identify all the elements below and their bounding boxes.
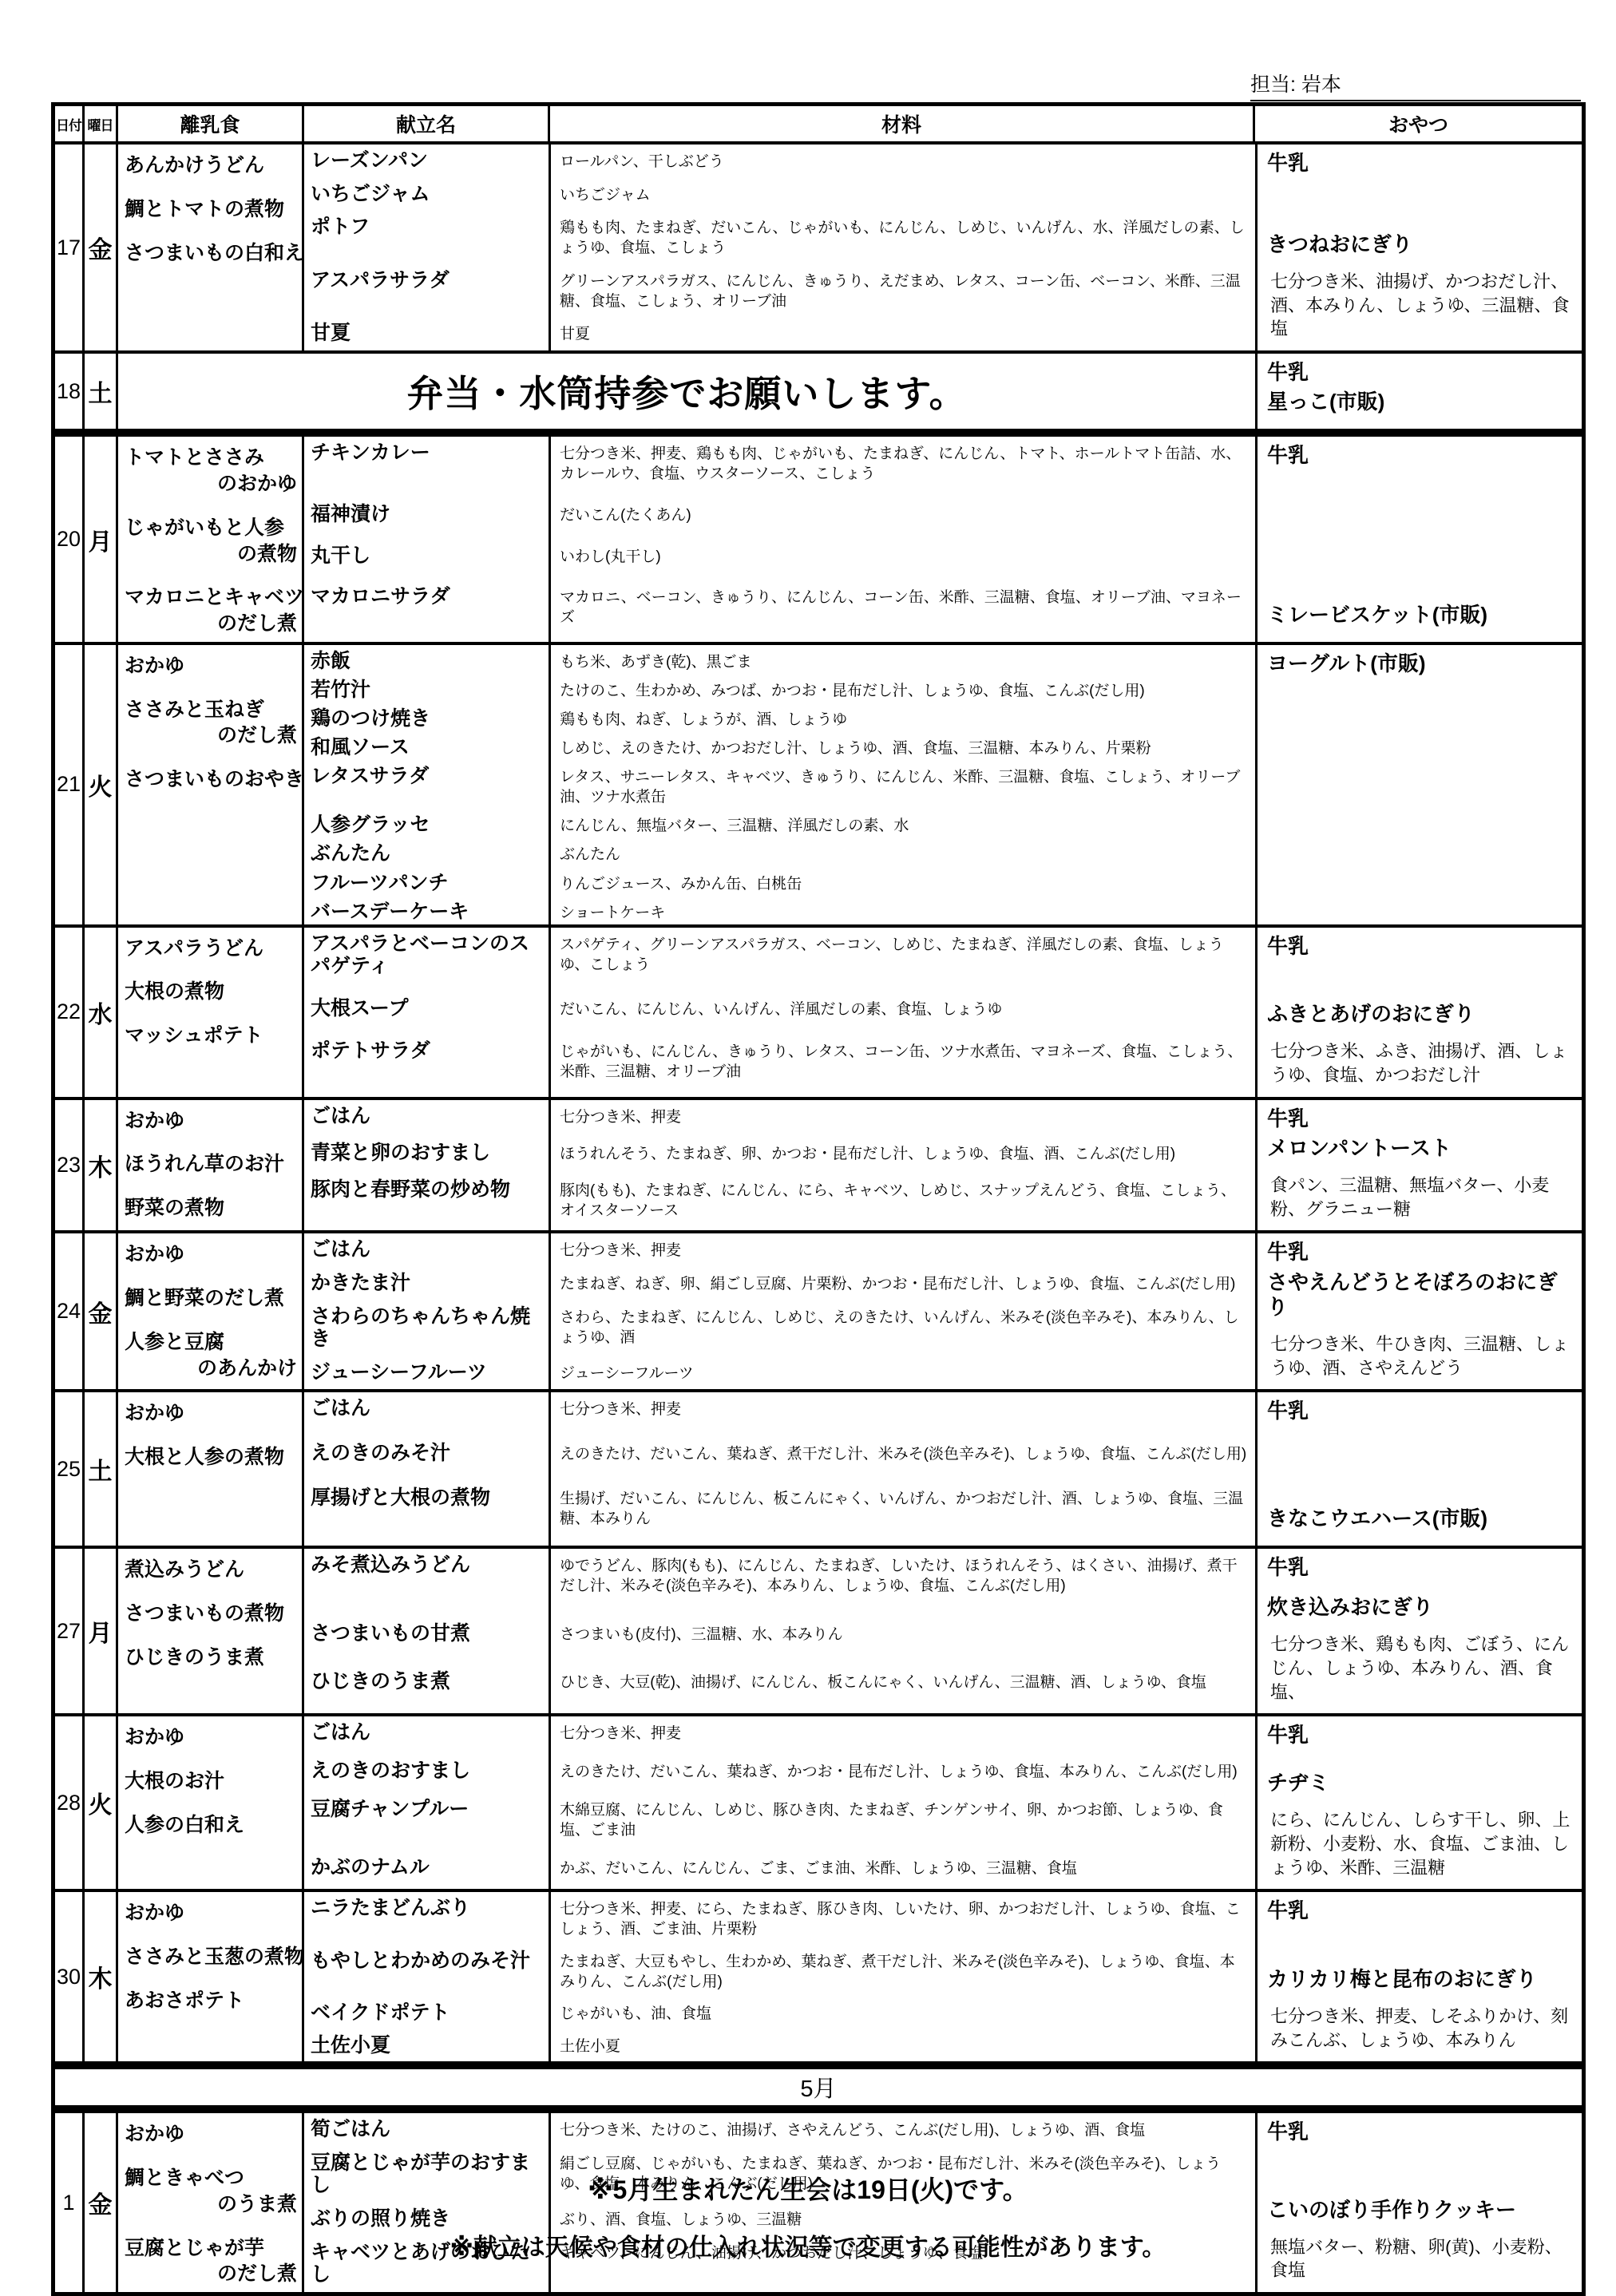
weekday-cell: 火: [85, 645, 118, 924]
snack-item-name: ふきとあげのおにぎり: [1267, 1002, 1574, 1027]
dish-ingredients: りんごジュース、みかん缶、白桃缶: [550, 867, 1255, 896]
date-cell: 27: [55, 1549, 85, 1713]
baby-food-cell: おかゆほうれん草のお汁野菜の煮物: [118, 1100, 304, 1231]
column-divider-line: [549, 1716, 551, 1889]
snack-item-name: 牛乳: [1267, 1399, 1574, 1423]
weekday-cell: 金: [85, 1233, 118, 1389]
snack-cell: 牛乳チヂミにら、にんじん、しらす干し、卵、上新粉、小麦粉、水、食塩、ごま油、しょ…: [1255, 1716, 1582, 1889]
weekday-cell: 土: [85, 1392, 118, 1546]
menu-row-28: 28火おかゆ大根のお汁人参の白和えごはん七分つき米、押麦えのきのおすましえのきた…: [55, 1716, 1582, 1892]
column-divider-line: [549, 1392, 551, 1546]
baby-food-line: ほうれん草のお汁: [125, 1153, 297, 1176]
date-cell: 28: [55, 1716, 85, 1889]
dish-name: ごはん: [304, 1716, 550, 1755]
dish-ingredients: 七分つき米、押麦: [550, 1392, 1255, 1437]
snack-ingredients: 七分つき米、押麦、しそふりかけ、刻みこんぶ、しょうゆ、本みりん: [1267, 2005, 1574, 2052]
date-cell: 24: [55, 1233, 85, 1389]
baby-food-line: 野菜の煮物: [125, 1197, 297, 1220]
note-menu-change: ※献立は天候や食材の仕入れ状況等で変更する可能性があります。: [0, 2227, 1616, 2262]
baby-food-line: の煮物: [125, 543, 297, 566]
dish-ingredients: 木綿豆腐、にんじん、しめじ、豚ひき肉、たまねぎ、チンゲンサイ、卵、かつお節、しょ…: [550, 1793, 1255, 1851]
baby-food-line: 人参と豆腐: [125, 1331, 297, 1354]
dish-name: ニラたまどんぶり: [304, 1892, 550, 1945]
snack-item-name: 牛乳: [1267, 151, 1574, 176]
weekday-cell: 月: [85, 1549, 118, 1713]
dish-ingredients: 豚肉(もも)、たまねぎ、にんじん、にら、キャベツ、しめじ、スナップえんどう、食塩…: [550, 1174, 1255, 1230]
baby-food-cell: おかゆ鯛と野菜のだし煮人参と豆腐のあんかけ: [118, 1233, 304, 1389]
baby-food-cell: 煮込みうどんさつまいもの煮物ひじきのうま煮: [118, 1549, 304, 1713]
dish-name: もやしとわかめのみそ汁: [304, 1945, 550, 1997]
baby-food-cell: アスパラうどん大根の煮物マッシュポテト: [118, 928, 304, 1097]
baby-food-cell: トマトとささみのおかゆじゃがいもと人参の煮物マカロニとキャベツのだし煮: [118, 437, 304, 642]
snack-item-name: 牛乳: [1267, 1106, 1574, 1131]
baby-food-cell: おかゆささみと玉ねぎのだし煮さつまいものおやき: [118, 645, 304, 924]
dish-ingredients: 七分つき米、押麦: [550, 1716, 1255, 1755]
column-header-menu-name: 献立名: [304, 106, 550, 141]
dish-name: アスパラサラダ: [304, 264, 550, 318]
menu-row-21: 21火おかゆささみと玉ねぎのだし煮さつまいものおやき赤飯もち米、あずき(乾)、黒…: [55, 645, 1582, 928]
dish-ingredients: しめじ、えのきたけ、かつおだし汁、しょうゆ、酒、食塩、三温糖、本みりん、片栗粉: [550, 731, 1255, 760]
menu-row-24: 24金おかゆ鯛と野菜のだし煮人参と豆腐のあんかけごはん七分つき米、押麦かきたま汁…: [55, 1233, 1582, 1392]
dish-ingredients: だいこん(たくあん): [550, 498, 1255, 540]
snack-item-name: ヨーグルト(市販): [1267, 651, 1574, 676]
dish-name: レーズンパン: [304, 144, 550, 178]
column-divider-line: [549, 1549, 551, 1713]
baby-food-cell: おかゆささみと玉葱の煮物あおさポテト: [118, 1892, 304, 2061]
baby-food-line: 鯛と野菜のだし煮: [125, 1287, 297, 1310]
menu-row-23: 23木おかゆほうれん草のお汁野菜の煮物ごはん七分つき米、押麦青菜と卵のおすましほ…: [55, 1100, 1582, 1234]
menu-row-20: 20月トマトとささみのおかゆじゃがいもと人参の煮物マカロニとキャベツのだし煮チキ…: [55, 437, 1582, 645]
dish-ingredients: ほうれんそう、たまねぎ、卵、かつお・昆布だし汁、しょうゆ、食塩、酒、こんぶ(だし…: [550, 1137, 1255, 1174]
menu-table: 日付 曜日 離乳食 献立名 材料 おやつ 17金あんかけうどん鯛とトマトの煮物さ…: [51, 102, 1586, 2296]
dish-name: ごはん: [304, 1100, 550, 1137]
dish-name: ポトフ: [304, 211, 550, 264]
dish-name: かきたま汁: [304, 1267, 550, 1300]
snack-cell: 牛乳カリカリ梅と昆布のおにぎり七分つき米、押麦、しそふりかけ、刻みこんぶ、しょう…: [1255, 1892, 1582, 2061]
column-divider-line: [549, 1233, 551, 1389]
dish-ingredients: 七分つき米、たけのこ、油揚げ、さやえんどう、こんぶ(だし用)、しょうゆ、酒、食塩: [550, 2113, 1255, 2147]
menu-row-17: 17金あんかけうどん鯛とトマトの煮物さつまいもの白和えレーズンパンロールパン、干…: [55, 144, 1582, 354]
baby-food-line: のだし煮: [125, 612, 297, 635]
snack-item-name: ミレービスケット(市販): [1267, 603, 1574, 627]
date-cell: 22: [55, 928, 85, 1097]
baby-food-line: のだし煮: [125, 2262, 297, 2286]
dish-ingredients: マカロニ、ベーコン、きゅうり、にんじん、コーン缶、米酢、三温糖、食塩、オリーブ油…: [550, 580, 1255, 642]
baby-food-line: ひじきのうま煮: [125, 1646, 297, 1669]
snack-ingredients: 七分つき米、鶏もも肉、ごぼう、にんじん、しょうゆ、本みりん、酒、食塩、: [1267, 1633, 1574, 1704]
dish-name: いちごジャム: [304, 178, 550, 212]
dish-name: みそ煮込みうどん: [304, 1549, 550, 1617]
dish-ingredients: スパゲティ、グリーンアスパラガス、ベーコン、しめじ、たまねぎ、洋風だしの素、食塩…: [550, 928, 1255, 992]
date-cell: 17: [55, 144, 85, 350]
column-divider-line: [549, 144, 551, 350]
baby-food-line: のあんかけ: [125, 1357, 297, 1380]
dish-name: 和風ソース: [304, 731, 550, 760]
snack-ingredients: にら、にんじん、しらす干し、卵、上新粉、小麦粉、水、食塩、ごま油、しょうゆ、米酢…: [1267, 1808, 1574, 1879]
baby-food-line: マカロニとキャベツ: [125, 586, 297, 609]
footer-notes: ※5月生まれたん生会は19日(火)です。 ※献立は天候や食材の仕入れ状況等で変更…: [0, 2170, 1616, 2262]
dish-name: えのきのおすまし: [304, 1755, 550, 1793]
menu-row-25: 25土おかゆ大根と人参の煮物ごはん七分つき米、押麦えのきのみそ汁えのきたけ、だい…: [55, 1392, 1582, 1549]
menu-row-27: 27月煮込みうどんさつまいもの煮物ひじきのうま煮みそ煮込みうどんゆでうどん、豚肉…: [55, 1549, 1582, 1716]
baby-food-line: 人参の白和え: [125, 1814, 297, 1837]
dish-ingredients: もち米、あずき(乾)、黒ごま: [550, 645, 1255, 674]
dish-ingredients: 鶏もも肉、たまねぎ、だいこん、じゃがいも、にんじん、しめじ、いんげん、水、洋風だ…: [550, 211, 1255, 264]
dish-ingredients: 七分つき米、押麦: [550, 1100, 1255, 1137]
snack-item-name: 牛乳: [1267, 443, 1574, 468]
dish-ingredients: だいこん、にんじん、いんげん、洋風だしの素、食塩、しょうゆ: [550, 992, 1255, 1035]
snack-item-name: 牛乳: [1267, 1240, 1574, 1265]
menu-row-18: 18土弁当・水筒持参でお願いします。牛乳星っこ(市販): [55, 354, 1582, 437]
baby-food-line: さつまいもの白和え: [125, 242, 297, 265]
snack-item-name: 星っこ(市販): [1267, 390, 1574, 414]
date-cell: 25: [55, 1392, 85, 1546]
dish-name: ごはん: [304, 1392, 550, 1437]
dish-name: 豚肉と春野菜の炒め物: [304, 1174, 550, 1230]
column-header-weekday: 曜日: [85, 106, 118, 141]
dish-name: ごはん: [304, 1233, 550, 1267]
dish-name: 若竹汁: [304, 674, 550, 703]
snack-cell: 牛乳炊き込みおにぎり七分つき米、鶏もも肉、ごぼう、にんじん、しょうゆ、本みりん、…: [1255, 1549, 1582, 1713]
dish-ingredients: ジューシーフルーツ: [550, 1356, 1255, 1390]
dish-name: ぶんたん: [304, 837, 550, 866]
dish-name: 丸干し: [304, 540, 550, 581]
weekday-cell: 月: [85, 437, 118, 642]
dish-name: さわらのちゃんちゃん焼き: [304, 1300, 550, 1356]
dish-ingredients: 土佐小夏: [550, 2029, 1255, 2061]
snack-item-name: 牛乳: [1267, 1898, 1574, 1923]
menu-row-22: 22水アスパラうどん大根の煮物マッシュポテトアスパラとベーコンのスパゲティスパゲ…: [55, 928, 1582, 1100]
baby-food-line: あおさポテト: [125, 1989, 297, 2013]
dish-name: 青菜と卵のおすまし: [304, 1137, 550, 1174]
baby-food-line: さつまいもの煮物: [125, 1602, 297, 1625]
dish-ingredients: 七分つき米、押麦、鶏もも肉、じゃがいも、たまねぎ、にんじん、トマト、ホールトマト…: [550, 437, 1255, 498]
dish-name: ベイクドポテト: [304, 1997, 550, 2029]
weekday-cell: 水: [85, 928, 118, 1097]
snack-item-name: メロンパントースト: [1267, 1136, 1574, 1161]
baby-food-line: 大根のお汁: [125, 1770, 297, 1793]
dish-name: 豆腐チャンプルー: [304, 1793, 550, 1851]
snack-item-name: きつねおにぎり: [1267, 232, 1574, 257]
baby-food-line: トマトとささみ: [125, 446, 297, 469]
dish-ingredients: いちごジャム: [550, 178, 1255, 212]
baby-food-cell: あんかけうどん鯛とトマトの煮物さつまいもの白和え: [118, 144, 304, 350]
snack-item-name: チヂミ: [1267, 1771, 1574, 1795]
snack-cell: 牛乳きつねおにぎり七分つき米、油揚げ、かつおだし汁、酒、本みりん、しょうゆ、三温…: [1255, 144, 1582, 350]
column-divider-line: [549, 437, 551, 642]
dish-ingredients: かぶ、だいこん、にんじん、ごま、ごま油、米酢、しょうゆ、三温糖、食塩: [550, 1851, 1255, 1890]
weekday-cell: 土: [85, 354, 118, 429]
table-header: 日付 曜日 離乳食 献立名 材料 おやつ: [55, 106, 1582, 144]
snack-cell: 牛乳メロンパントースト食パン、三温糖、無塩バター、小麦粉、グラニュー糖: [1255, 1100, 1582, 1231]
snack-item-name: 牛乳: [1267, 1723, 1574, 1748]
column-header-snack: おやつ: [1255, 106, 1582, 141]
dish-name: えのきのみそ汁: [304, 1437, 550, 1482]
dish-ingredients: たまねぎ、ねぎ、卵、絹ごし豆腐、片栗粉、かつお・昆布だし汁、しょうゆ、食塩、こん…: [550, 1267, 1255, 1300]
dish-ingredients: 生揚げ、だいこん、にんじん、板こんにゃく、いんげん、かつおだし汁、酒、しょうゆ、…: [550, 1482, 1255, 1546]
menu-page: 担当: 岩本 日付 曜日 離乳食 献立名 材料 おやつ 17金あんかけうどん鯛と…: [0, 0, 1616, 2288]
month-divider: 5月: [55, 2069, 1582, 2105]
dish-ingredients: ショートケーキ: [550, 896, 1255, 924]
weekday-cell: 火: [85, 1716, 118, 1889]
snack-item-name: きなこウエハース(市販): [1267, 1506, 1574, 1531]
column-divider-line: [549, 1100, 551, 1231]
dish-name: 福神漬け: [304, 498, 550, 540]
dish-name: 赤飯: [304, 645, 550, 674]
dish-ingredients: レタス、サニーレタス、キャベツ、きゅうり、にんじん、米酢、三温糖、食塩、こしょう…: [550, 760, 1255, 809]
dish-ingredients: 鶏もも肉、ねぎ、しょうが、酒、しょうゆ: [550, 703, 1255, 731]
date-cell: 20: [55, 437, 85, 642]
dish-ingredients: さつまいも(皮付)、三温糖、水、本みりん: [550, 1617, 1255, 1665]
dish-ingredients: さわら、たまねぎ、にんじん、しめじ、えのきたけ、いんげん、米みそ(淡色辛みそ)、…: [550, 1300, 1255, 1356]
menu-row-30: 30木おかゆささみと玉葱の煮物あおさポテトニラたまどんぶり七分つき米、押麦、にら…: [55, 1892, 1582, 2069]
snack-item-name: さやえんどうとそぼろのおにぎり: [1267, 1270, 1574, 1320]
baby-food-line: ささみと玉葱の煮物: [125, 1946, 297, 1969]
baby-food-line: アスパラうどん: [125, 937, 297, 960]
dish-name: 筍ごはん: [304, 2113, 550, 2147]
dish-name: 土佐小夏: [304, 2029, 550, 2061]
baby-food-cell: おかゆ大根のお汁人参の白和え: [118, 1716, 304, 1889]
baby-food-line: おかゆ: [125, 1110, 297, 1133]
baby-food-line: じゃがいもと人参: [125, 517, 297, 540]
dish-ingredients: いわし(丸干し): [550, 540, 1255, 581]
dish-ingredients: 甘夏: [550, 317, 1255, 350]
dish-name: チキンカレー: [304, 437, 550, 498]
baby-food-cell: おかゆ大根と人参の煮物: [118, 1392, 304, 1546]
snack-cell: 牛乳きなこウエハース(市販): [1255, 1392, 1582, 1546]
baby-food-line: 煮込みうどん: [125, 1558, 297, 1581]
column-divider-line: [549, 645, 551, 924]
baby-food-line: のおかゆ: [125, 473, 297, 496]
baby-food-line: 大根と人参の煮物: [125, 1446, 297, 1469]
weekday-cell: 金: [85, 144, 118, 350]
snack-cell: ヨーグルト(市販): [1255, 645, 1582, 924]
snack-ingredients: 食パン、三温糖、無塩バター、小麦粉、グラニュー糖: [1267, 1174, 1574, 1221]
weekday-cell: 木: [85, 1892, 118, 2061]
dish-ingredients: たけのこ、生わかめ、みつば、かつお・昆布だし汁、しょうゆ、食塩、こんぶ(だし用): [550, 674, 1255, 703]
dish-name: フルーツパンチ: [304, 867, 550, 896]
dish-name: ポテトサラダ: [304, 1035, 550, 1097]
baby-food-line: おかゆ: [125, 1726, 297, 1749]
staff-label: 担当: 岩本: [1250, 69, 1581, 101]
dish-name: バースデーケーキ: [304, 896, 550, 924]
date-cell: 18: [55, 354, 85, 429]
snack-cell: 牛乳さやえんどうとそぼろのおにぎり七分つき米、牛ひき肉、三温糖、しょうゆ、酒、さ…: [1255, 1233, 1582, 1389]
snack-cell: 牛乳ふきとあげのおにぎり七分つき米、ふき、油揚げ、酒、しょうゆ、食塩、かつおだし…: [1255, 928, 1582, 1097]
column-divider-line: [549, 928, 551, 1097]
column-header-date: 日付: [55, 106, 85, 141]
baby-food-line: おかゆ: [125, 655, 297, 678]
dish-ingredients: じゃがいも、油、食塩: [550, 1997, 1255, 2029]
baby-food-line: おかゆ: [125, 2123, 297, 2146]
snack-item-name: カリカリ梅と昆布のおにぎり: [1267, 1967, 1574, 1992]
baby-food-line: おかゆ: [125, 1243, 297, 1266]
dish-name: 人参グラッセ: [304, 809, 550, 837]
dish-ingredients: 七分つき米、押麦: [550, 1233, 1255, 1267]
snack-item-name: 牛乳: [1267, 360, 1574, 385]
dish-ingredients: えのきたけ、だいこん、葉ねぎ、煮干だし汁、米みそ(淡色辛みそ)、しょうゆ、食塩、…: [550, 1437, 1255, 1482]
snack-cell: 牛乳星っこ(市販): [1255, 354, 1582, 429]
baby-food-line: おかゆ: [125, 1402, 297, 1425]
baby-food-line: おかゆ: [125, 1902, 297, 1925]
column-divider-line: [549, 1892, 551, 2061]
table-body: 17金あんかけうどん鯛とトマトの煮物さつまいもの白和えレーズンパンロールパン、干…: [55, 144, 1582, 2292]
snack-ingredients: 七分つき米、牛ひき肉、三温糖、しょうゆ、酒、さやえんどう: [1267, 1332, 1574, 1380]
snack-item-name: 牛乳: [1267, 934, 1574, 959]
baby-food-line: のだし煮: [125, 724, 297, 747]
dish-ingredients: ロールパン、干しぶどう: [550, 144, 1255, 178]
snack-item-name: 牛乳: [1267, 1555, 1574, 1580]
baby-food-line: あんかけうどん: [125, 154, 297, 177]
dish-name: 厚揚げと大根の煮物: [304, 1482, 550, 1546]
snack-item-name: 炊き込みおにぎり: [1267, 1595, 1574, 1620]
weekday-cell: 木: [85, 1100, 118, 1231]
dish-ingredients: ゆでうどん、豚肉(もも)、にんじん、たまねぎ、しいたけ、ほうれんそう、はくさい、…: [550, 1549, 1255, 1617]
column-header-baby-food: 離乳食: [118, 106, 304, 141]
baby-food-line: マッシュポテト: [125, 1024, 297, 1047]
baby-food-line: 大根の煮物: [125, 980, 297, 1004]
baby-food-line: 鯛とトマトの煮物: [125, 198, 297, 221]
dish-name: ジューシーフルーツ: [304, 1356, 550, 1390]
menu-row-5月: 5月: [55, 2069, 1582, 2113]
date-cell: 21: [55, 645, 85, 924]
date-cell: 23: [55, 1100, 85, 1231]
dish-ingredients: にんじん、無塩バター、三温糖、洋風だしの素、水: [550, 809, 1255, 837]
dish-name: アスパラとベーコンのスパゲティ: [304, 928, 550, 992]
baby-food-line: さつまいものおやき: [125, 768, 297, 791]
snack-item-name: 牛乳: [1267, 2120, 1574, 2144]
dish-name: さつまいもの甘煮: [304, 1617, 550, 1665]
dish-name: マカロニサラダ: [304, 580, 550, 642]
dish-ingredients: じゃがいも、にんじん、きゅうり、レタス、コーン缶、ツナ水煮缶、マヨネーズ、食塩、…: [550, 1035, 1255, 1097]
dish-name: 鶏のつけ焼き: [304, 703, 550, 731]
dish-name: 甘夏: [304, 317, 550, 350]
dish-ingredients: グリーンアスパラガス、にんじん、きゅうり、えだまめ、レタス、コーン缶、ベーコン、…: [550, 264, 1255, 318]
snack-ingredients: 七分つき米、油揚げ、かつおだし汁、酒、本みりん、しょうゆ、三温糖、食塩: [1267, 270, 1574, 341]
notice-message: 弁当・水筒持参でお願いします。: [118, 354, 1255, 429]
date-cell: 30: [55, 1892, 85, 2061]
dish-ingredients: ひじき、大豆(乾)、油揚げ、にんじん、板こんにゃく、いんげん、三温糖、酒、しょう…: [550, 1665, 1255, 1713]
column-header-ingredients: 材料: [550, 106, 1255, 141]
note-birthday-party: ※5月生まれたん生会は19日(火)です。: [0, 2170, 1616, 2207]
snack-ingredients: 七分つき米、ふき、油揚げ、酒、しょうゆ、食塩、かつおだし汁: [1267, 1039, 1574, 1087]
dish-ingredients: ぶんたん: [550, 837, 1255, 866]
dish-ingredients: 七分つき米、押麦、にら、たまねぎ、豚ひき肉、しいたけ、卵、かつおだし汁、しょうゆ…: [550, 1892, 1255, 1945]
baby-food-line: ささみと玉ねぎ: [125, 699, 297, 722]
dish-name: 大根スープ: [304, 992, 550, 1035]
dish-ingredients: えのきたけ、だいこん、葉ねぎ、かつお・昆布だし汁、しょうゆ、食塩、本みりん、こん…: [550, 1755, 1255, 1793]
dish-ingredients: たまねぎ、大豆もやし、生わかめ、葉ねぎ、煮干だし汁、米みそ(淡色辛みそ)、しょう…: [550, 1945, 1255, 1997]
dish-name: レタスサラダ: [304, 760, 550, 809]
dish-name: かぶのナムル: [304, 1851, 550, 1890]
dish-name: ひじきのうま煮: [304, 1665, 550, 1713]
snack-cell: 牛乳ミレービスケット(市販): [1255, 437, 1582, 642]
